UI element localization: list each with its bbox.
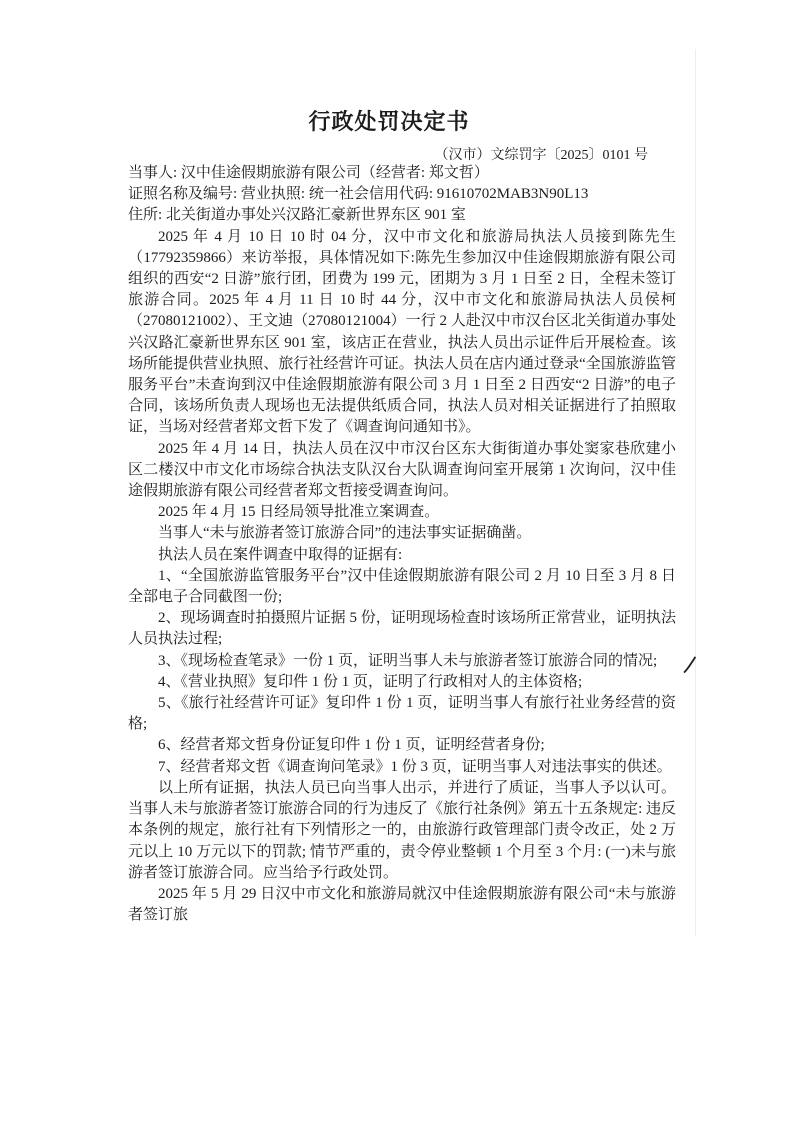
paragraph-decision-start: 2025 年 5 月 29 日汉中市文化和旅游局就汉中佳途假期旅游有限公司“未与… [128, 884, 676, 926]
paragraph-legal-basis: 以上所有证据，执法人员已向当事人出示，并进行了质证，当事人予以认可。当事人未与旅… [128, 778, 676, 884]
field-license-number: 证照名称及编号: 营业执照: 统一社会信用代码: 91610702MAB3N90… [128, 184, 676, 205]
paragraph-evidence-intro: 执法人员在案件调查中取得的证据有: [128, 545, 676, 566]
scanned-document-page: 行政处罚决定书 （汉市）文综罚字〔2025〕0101 号 当事人: 汉中佳途假期… [0, 0, 793, 1122]
scan-fold-line [695, 49, 696, 936]
document-title: 行政处罚决定书 [115, 105, 663, 139]
field-party: 当事人: 汉中佳途假期旅游有限公司（经营者: 郑文哲） [128, 163, 676, 184]
paragraph-report-and-inspection: 2025 年 4 月 10 日 10 时 04 分，汉中市文化和旅游局执法人员接… [128, 227, 676, 439]
evidence-item-1: 1、“全国旅游监管服务平台”汉中佳途假期旅游有限公司 2 月 10 日至 3 月… [128, 566, 676, 608]
evidence-item-2: 2、现场调查时拍摄照片证据 5 份，证明现场检查时该场所正常营业，证明执法人员执… [128, 608, 676, 650]
evidence-item-3: 3、《现场检查笔录》一份 1 页，证明当事人未与旅游者签订旅游合同的情况; [128, 651, 676, 672]
paragraph-case-filing: 2025 年 4 月 15 日经局领导批准立案调查。 [128, 502, 676, 523]
pen-tick-mark [682, 655, 698, 675]
paragraph-first-inquiry: 2025 年 4 月 14 日，执法人员在汉中市汉台区东大街街道办事处窦家巷欣建… [128, 439, 676, 503]
evidence-item-5: 5、《旅行社经营许可证》复印件 1 份 1 页，证明当事人有旅行社业务经营的资格… [128, 693, 676, 735]
evidence-item-7: 7、经营者郑文哲《调查询问笔录》1 份 3 页，证明当事人对违法事实的供述。 [128, 757, 676, 778]
evidence-item-4: 4、《营业执照》复印件 1 份 1 页，证明了行政相对人的主体资格; [128, 672, 676, 693]
field-address: 住所: 北关街道办事处兴汉路汇豪新世界东区 901 室 [128, 205, 676, 226]
paragraph-violation-statement: 当事人“未与旅游者签订旅游合同”的违法事实证据确凿。 [128, 523, 676, 544]
document-body: 当事人: 汉中佳途假期旅游有限公司（经营者: 郑文哲） 证照名称及编号: 营业执… [128, 163, 676, 926]
evidence-item-6: 6、经营者郑文哲身份证复印件 1 份 1 页，证明经营者身份; [128, 735, 676, 756]
